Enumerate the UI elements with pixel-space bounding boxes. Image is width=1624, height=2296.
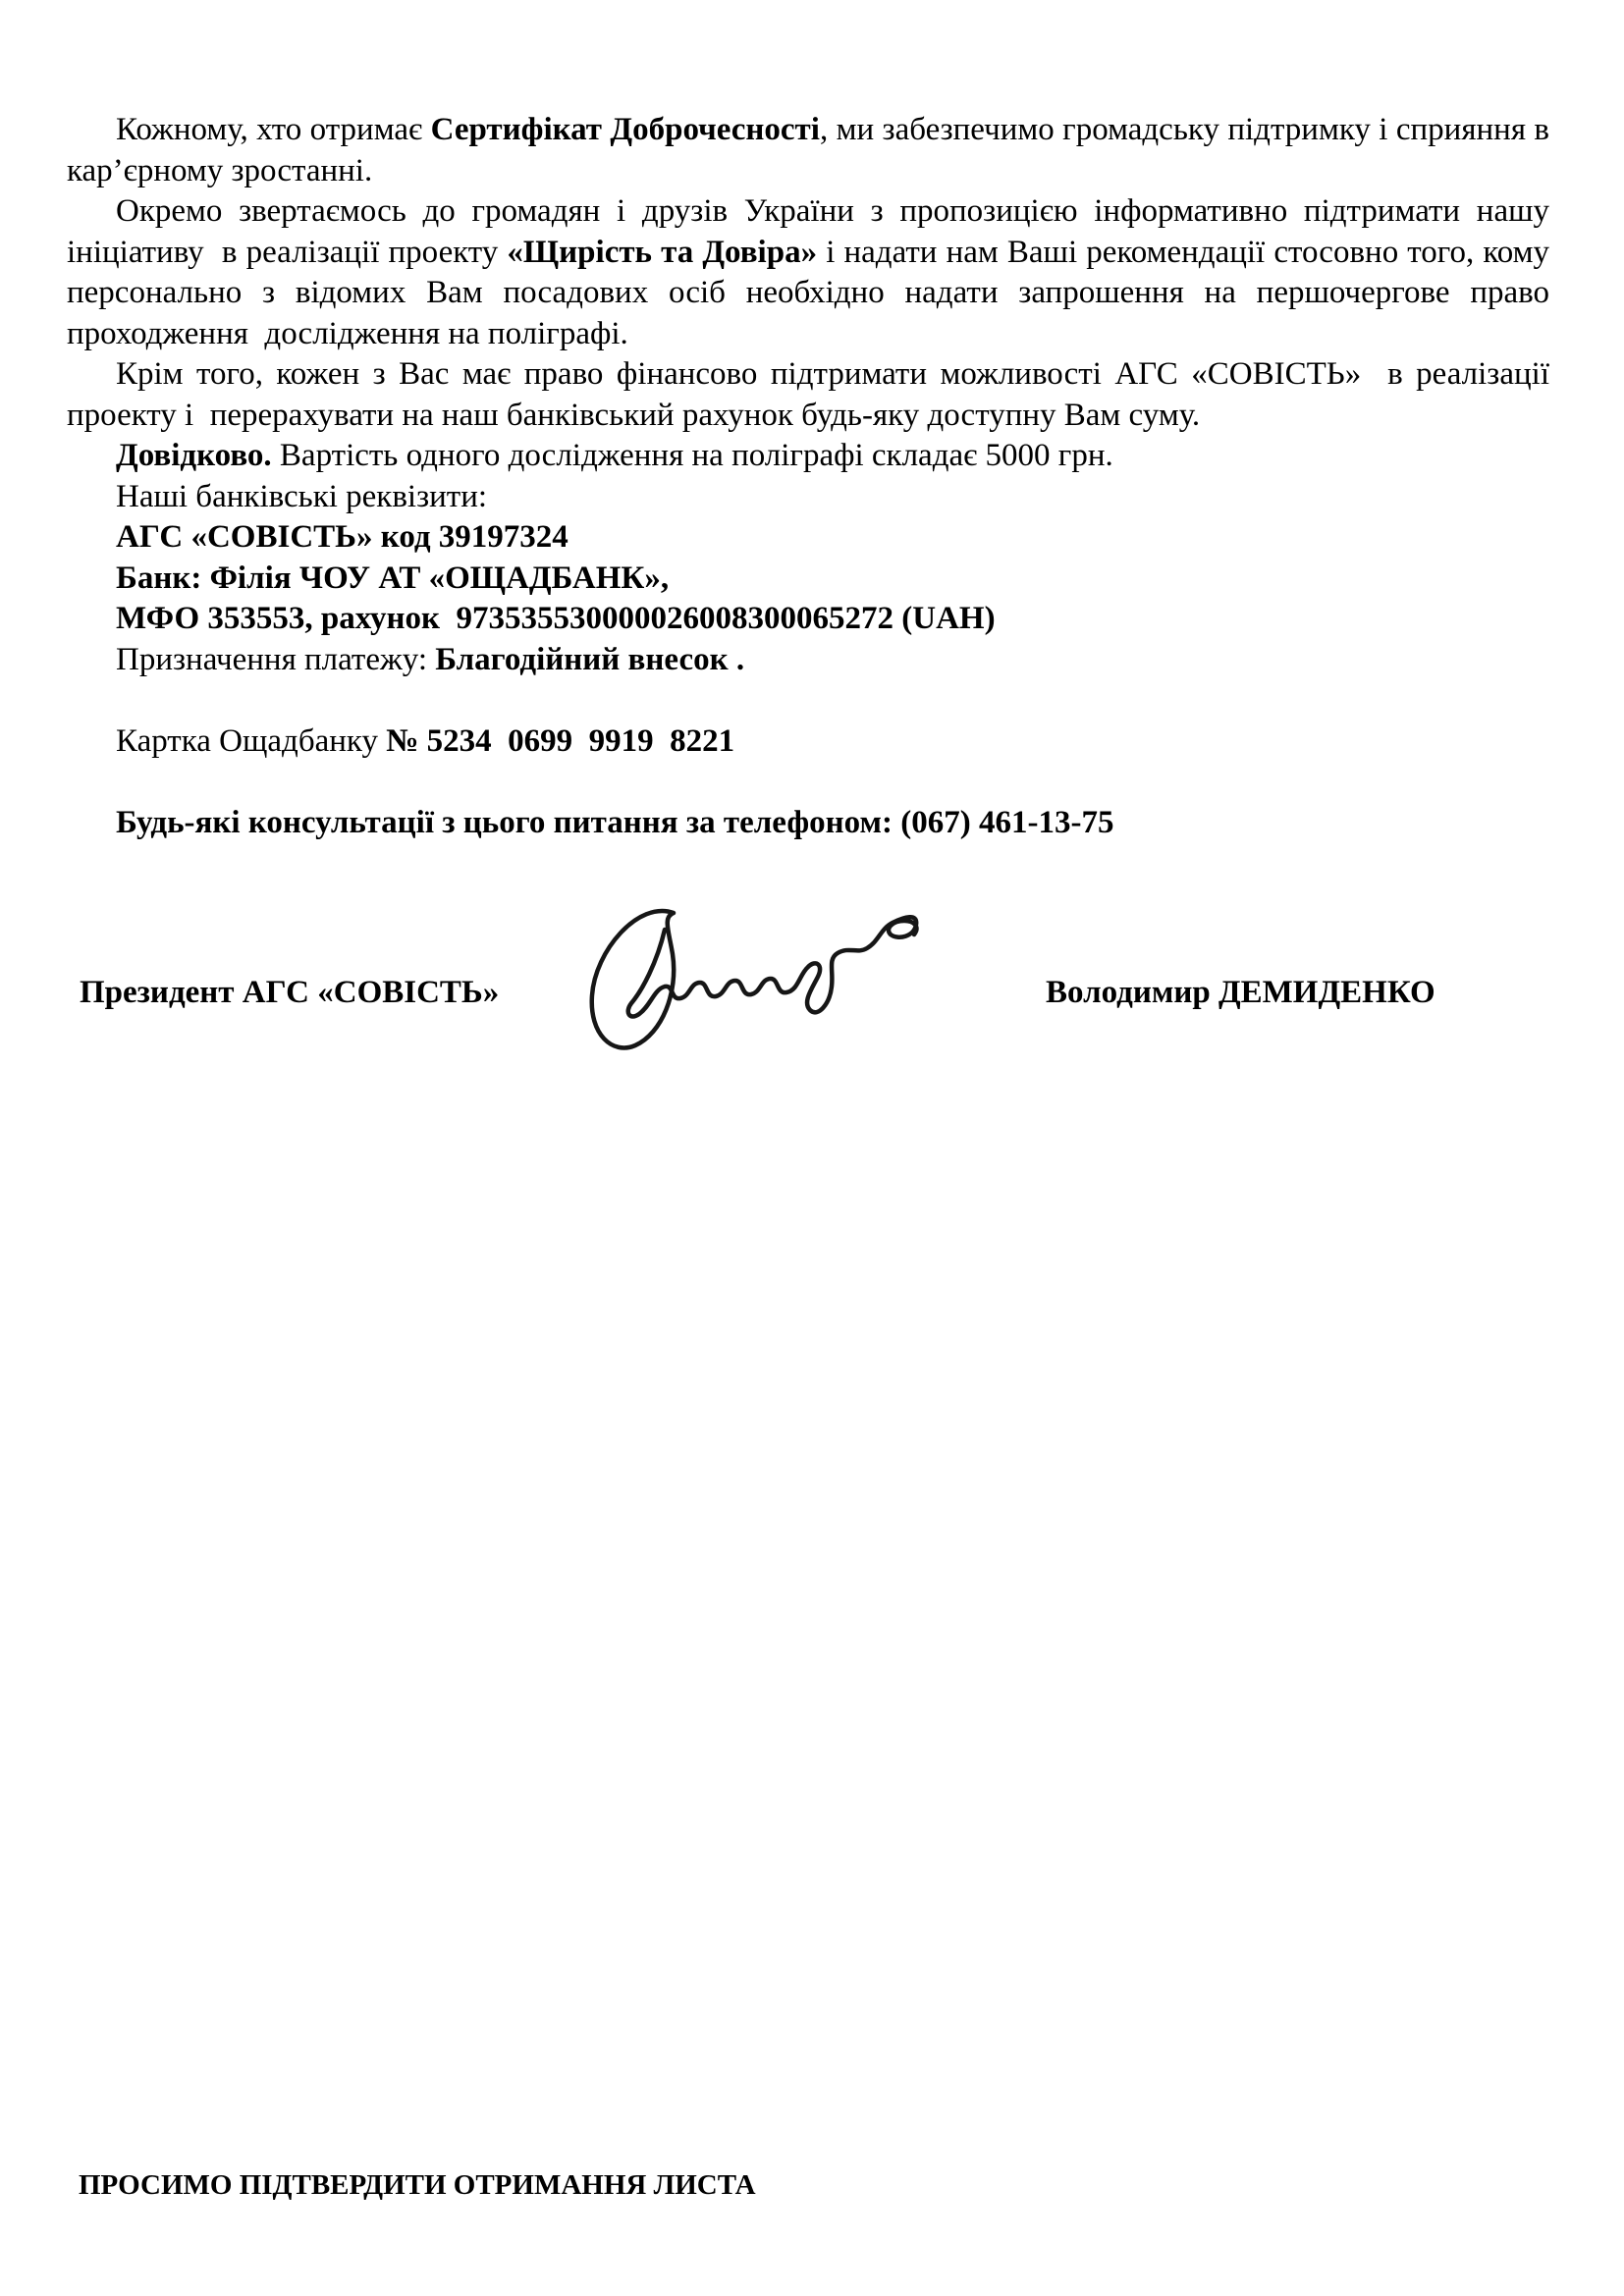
payment-purpose-line: Призначення платежу: Благодійний внесок … [67, 640, 1549, 681]
reference-label-bold: Довідково. [116, 438, 272, 473]
blank-line [67, 680, 1549, 721]
signature-block: Президент АГС «СОВІСТЬ» Володимир ДЕМИДЕ… [67, 965, 1549, 1095]
card-number-line: Картка Ощадбанку № 5234 0699 9919 8221 [67, 721, 1549, 763]
payment-purpose-value-bold: Благодійний внесок . [435, 642, 744, 677]
paragraph-financial-support: Крім того, кожен з Вас має право фінансо… [67, 354, 1549, 436]
document-page: Кожному, хто отримає Сертифікат Доброчес… [0, 0, 1624, 2296]
letter-body: Кожному, хто отримає Сертифікат Доброчес… [67, 110, 1549, 1095]
project-name-bold: «Щирість та Довіра» [507, 235, 817, 270]
signer-title: Президент АГС «СОВІСТЬ» [80, 973, 499, 1014]
paragraph-certificate: Кожному, хто отримає Сертифікат Доброчес… [67, 110, 1549, 191]
footer-note: ПРОСИМО ПІДТВЕРДИТИ ОТРИМАННЯ ЛИСТА [79, 2165, 756, 2207]
card-number-bold: № 5234 0699 9919 8221 [386, 723, 734, 759]
payment-purpose-label: Призначення платежу: [116, 642, 435, 677]
requisite-line-org-code: АГС «СОВІСТЬ» код 39197324 [67, 517, 1549, 559]
card-label: Картка Ощадбанку [116, 723, 386, 759]
paragraph-appeal: Окремо звертаємось до громадян і друзів … [67, 191, 1549, 354]
paragraph-certificate-text: Кожному, хто отримає [116, 112, 431, 147]
reference-text: Вартість одного дослідження на поліграфі… [272, 438, 1113, 473]
consultations-phone-line: Будь-які консультації з цього питання за… [67, 803, 1549, 844]
bank-requisites-intro: Наші банківські реквізити: [67, 477, 1549, 518]
requisite-line-bank: Банк: Філія ЧОУ АТ «ОЩАДБАНК», [67, 559, 1549, 600]
requisite-line-account: МФО 353553, рахунок 97353553000002600830… [67, 599, 1549, 640]
blank-line [67, 762, 1549, 803]
signer-name: Володимир ДЕМИДЕНКО [1046, 973, 1435, 1014]
paragraph-reference: Довідково. Вартість одного дослідження н… [67, 436, 1549, 477]
handwritten-signature-icon [579, 900, 923, 1057]
certificate-name-bold: Сертифікат Доброчесності [431, 112, 820, 147]
